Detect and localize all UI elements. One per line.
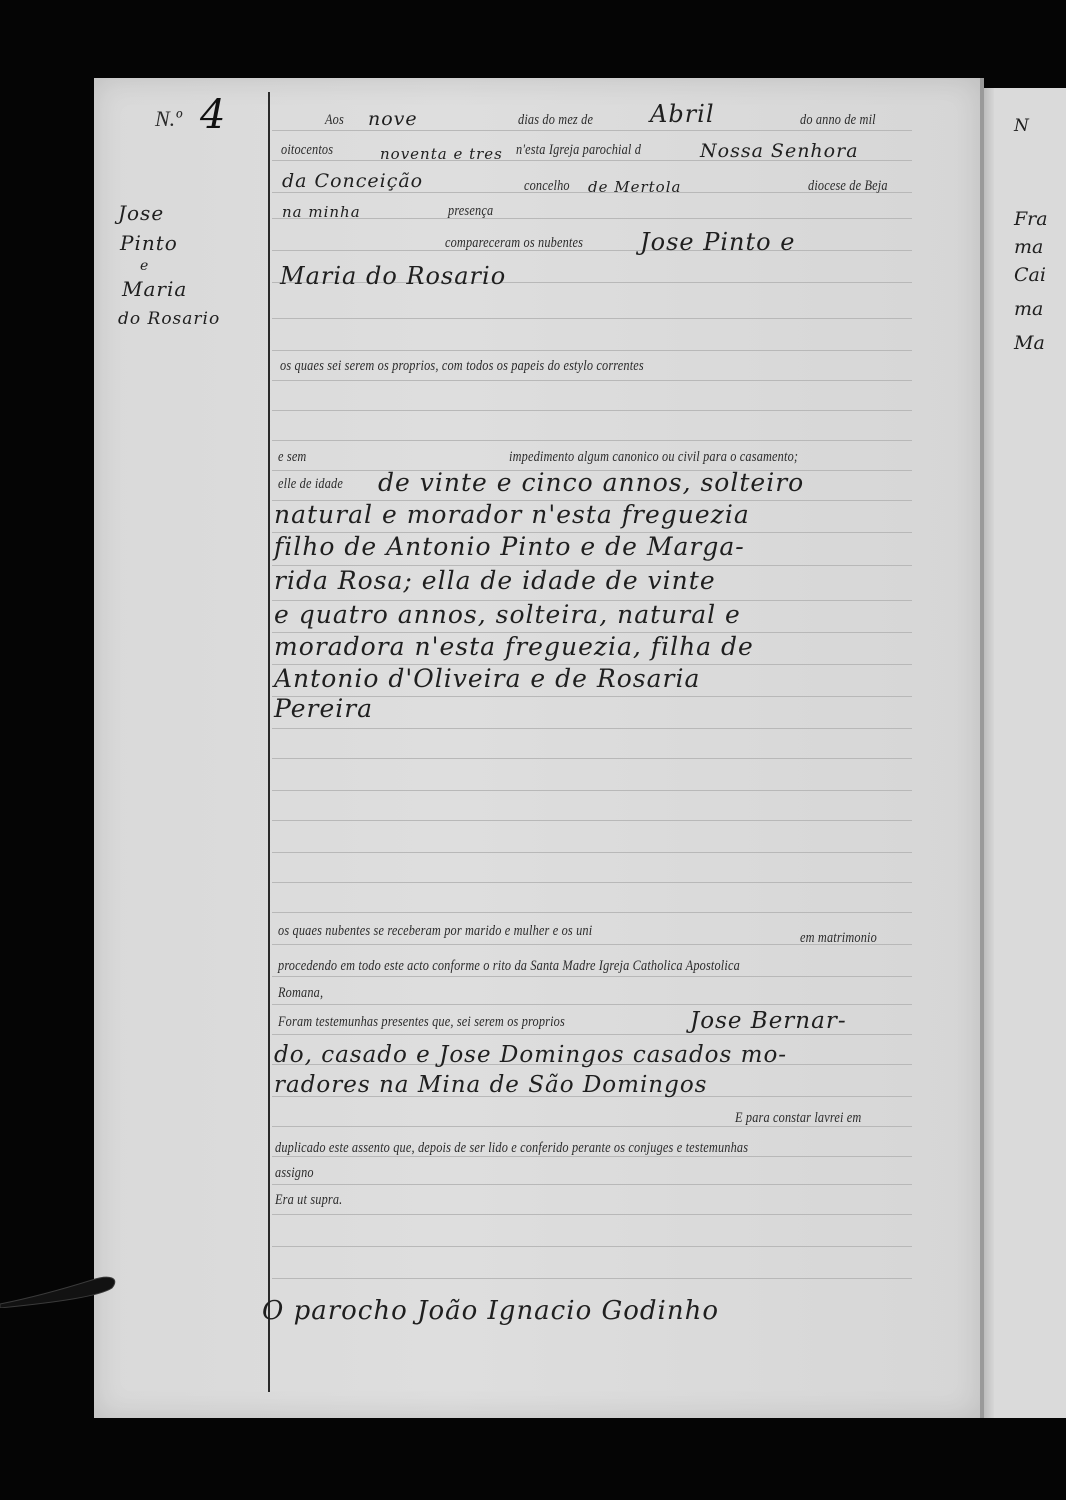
form-text: n'esta Igreja parochial d [516, 142, 641, 159]
form-text: Aos [325, 112, 344, 129]
ruled-line [272, 912, 912, 913]
form-text: os quaes nubentes se receberam por marid… [278, 923, 592, 940]
handwritten-day: nove [368, 108, 418, 130]
form-text: impedimento algum canonico ou civil para… [509, 449, 798, 466]
handwritten-detail-line: rida Rosa; ella de idade de vinte [274, 566, 716, 595]
handwritten-detail-line: de vinte e cinco annos, solteiro [378, 468, 804, 497]
ruled-line [272, 1214, 912, 1215]
handwritten-witness-line: radores na Mina de São Domingos [274, 1072, 708, 1098]
ruled-line [272, 130, 912, 131]
form-text: elle de idade [278, 476, 343, 493]
handwritten-witness-line: Jose Bernar- [690, 1008, 847, 1034]
adjacent-entry-label: N [1014, 116, 1029, 136]
handwritten-month: Abril [650, 100, 715, 128]
ruled-line [272, 882, 912, 883]
handwritten-detail-line: moradora n'esta freguezia, filha de [274, 632, 754, 661]
form-text: Romana, [278, 985, 323, 1002]
form-text: concelho [524, 178, 570, 195]
adjacent-page [984, 88, 1066, 1418]
ruled-line [272, 976, 912, 977]
handwritten-detail-line: Antonio d'Oliveira e de Rosaria [274, 664, 700, 693]
ruled-line [272, 790, 912, 791]
handwritten-detail-line: filho de Antonio Pinto e de Marga- [274, 532, 745, 561]
ruled-line [272, 440, 912, 441]
adjacent-margin-line: ma [1014, 298, 1043, 320]
adjacent-margin-line: Cai [1014, 264, 1046, 286]
margin-note-line: Jose [118, 198, 258, 228]
form-text: procedendo em todo este acto conforme o … [278, 958, 740, 975]
handwritten-nubentes: Jose Pinto e [640, 228, 795, 256]
binding-ribbon [0, 1268, 118, 1308]
form-text: em matrimonio [800, 930, 877, 947]
handwritten-year: noventa e tres [380, 145, 503, 163]
ruled-line [272, 852, 912, 853]
ruled-line [272, 380, 912, 381]
entry-number: 4 [200, 92, 225, 138]
form-text: e sem [278, 449, 306, 466]
ruled-line [272, 820, 912, 821]
handwritten-municipality: de Mertola [588, 178, 681, 196]
margin-note-line: Pinto [118, 228, 258, 258]
margin-note-line: e [118, 258, 258, 274]
ruled-line [272, 1034, 912, 1035]
entry-number-label: N.º [155, 106, 182, 132]
ruled-line [272, 318, 912, 319]
handwritten-detail-line: Pereira [274, 694, 373, 723]
handwritten-witness-line: do, casado e Jose Domingos casados mo- [274, 1042, 787, 1068]
form-text: oitocentos [281, 142, 333, 159]
margin-note-line: Maria [118, 274, 258, 304]
ruled-line [272, 410, 912, 411]
handwritten-detail-line: e quatro annos, solteira, natural e [274, 600, 741, 629]
ruled-line [272, 1246, 912, 1247]
form-text: compareceram os nubentes [445, 235, 583, 252]
adjacent-margin-line: ma [1014, 236, 1043, 258]
margin-rule [268, 92, 270, 1392]
adjacent-margin-line: Fra [1014, 208, 1048, 230]
margin-note-line: do Rosario [118, 304, 258, 334]
form-text: assigno [275, 1165, 314, 1182]
form-text: Era ut supra. [275, 1192, 342, 1209]
ruled-line [272, 218, 912, 219]
form-text: diocese de Beja [808, 178, 888, 195]
ruled-line [272, 1278, 912, 1279]
handwritten-nubentes: Maria do Rosario [280, 262, 506, 290]
ruled-line [272, 350, 912, 351]
margin-note: Jose Pinto e Maria do Rosario [118, 198, 258, 334]
form-text: os quaes sei serem os proprios, com todo… [280, 358, 644, 375]
form-text: Foram testemunhas presentes que, sei ser… [278, 1014, 565, 1031]
priest-signature: O parocho João Ignacio Godinho [262, 1296, 719, 1326]
form-text: E para constar lavrei em [735, 1110, 861, 1127]
form-text: duplicado este assento que, depois de se… [275, 1140, 748, 1157]
ruled-line [272, 1004, 912, 1005]
ruled-line [272, 1184, 912, 1185]
form-text: do anno de mil [800, 112, 876, 129]
adjacent-margin-line: Ma [1014, 332, 1045, 354]
handwritten-parish-cont: da Conceição [282, 170, 423, 192]
form-text: presença [448, 203, 493, 220]
form-text: dias do mez de [518, 112, 593, 129]
ruled-line [272, 250, 912, 251]
handwritten-parish: Nossa Senhora [700, 140, 859, 162]
handwritten-presence: na minha [282, 203, 361, 221]
ruled-line [272, 758, 912, 759]
handwritten-detail-line: natural e morador n'esta freguezia [274, 500, 750, 529]
ruled-line [272, 728, 912, 729]
